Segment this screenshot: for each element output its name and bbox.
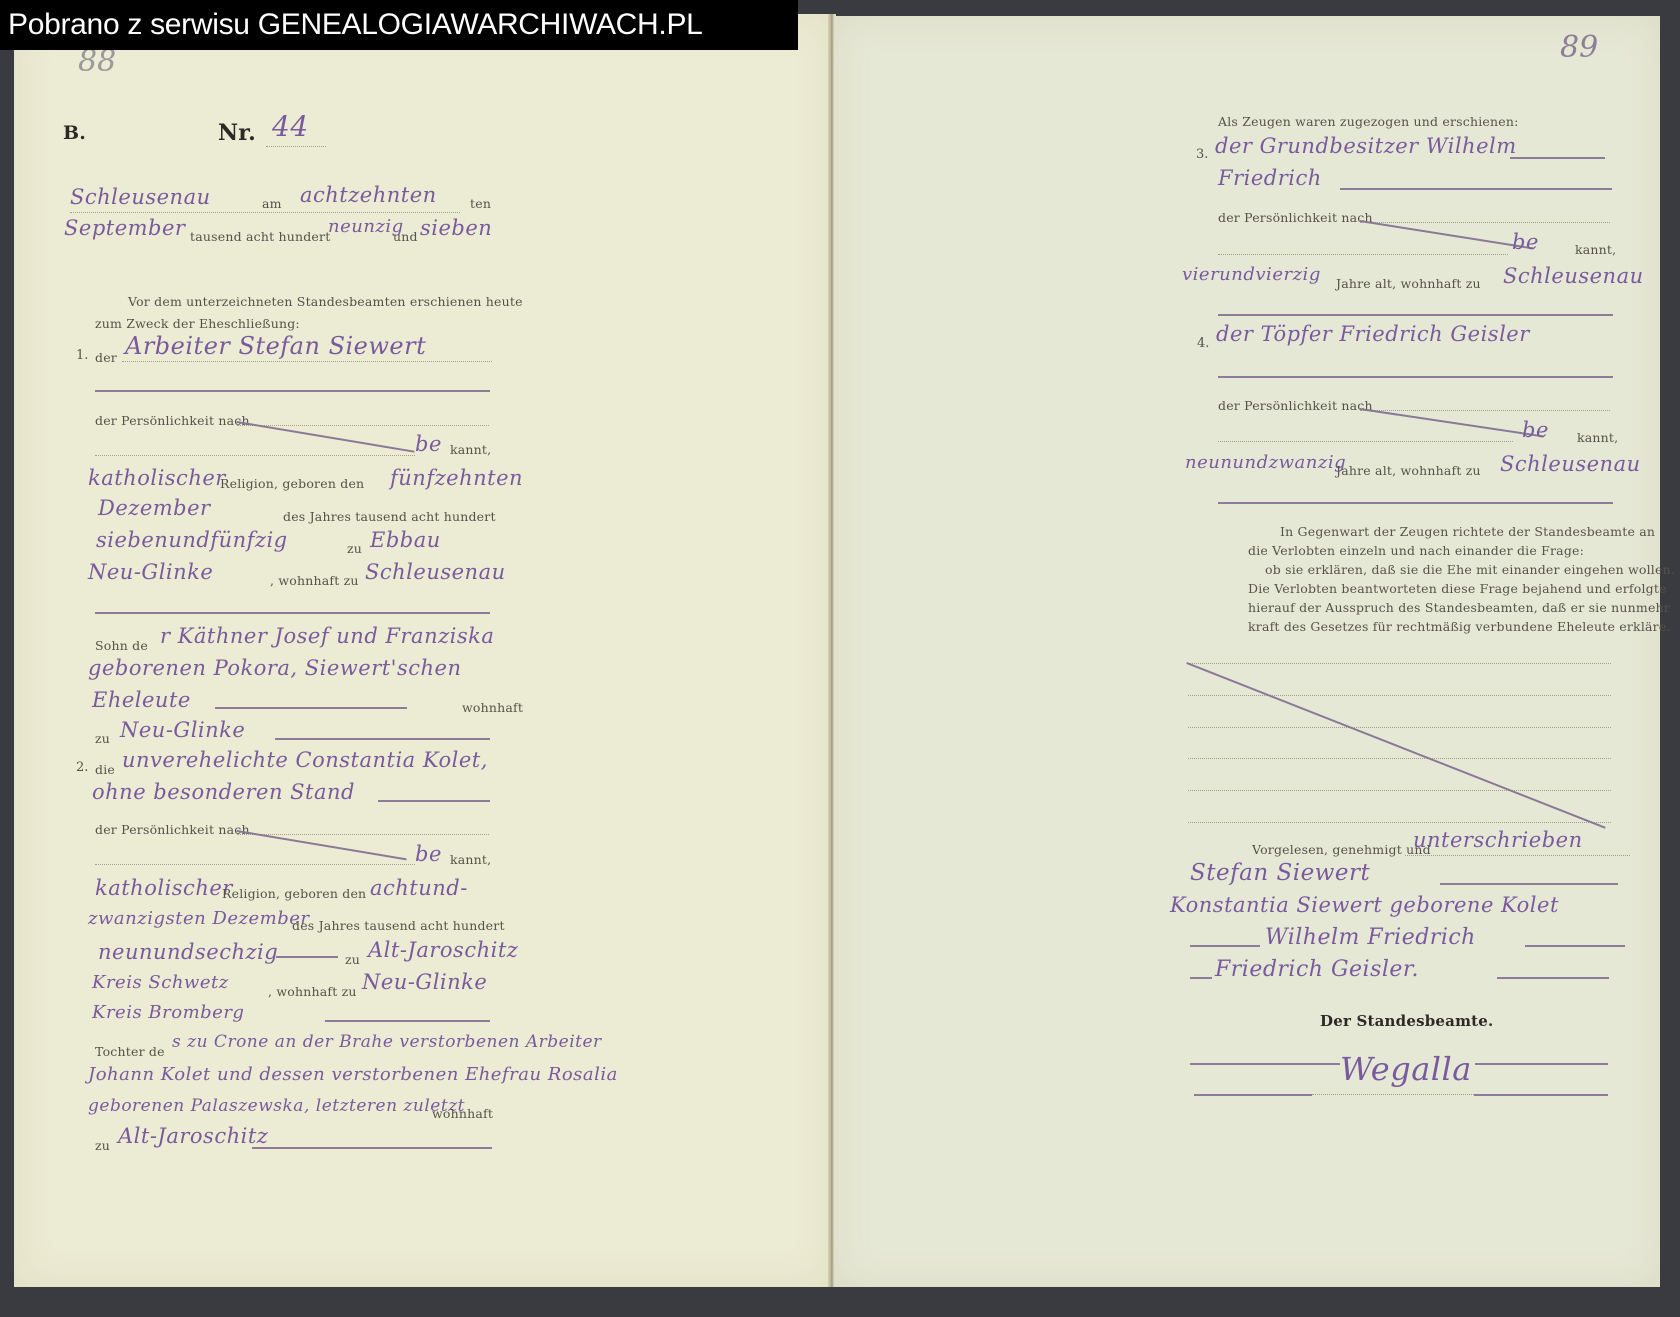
witness4-personality-label: der Persönlichkeit nach [1218,398,1373,413]
witness3-age-label: Jahre alt, wohnhaft zu [1336,276,1481,291]
intro-text: Vor dem unterzeichneten Standesbeamten e… [128,294,523,309]
bride-residence-label: , wohnhaft zu [268,984,357,999]
bride-parents-1: s zu Crone an der Brahe verstorbenen Arb… [172,1032,602,1052]
groom-parents-wohnhaft-label: wohnhaft [462,700,523,715]
groom-religion-label: Religion, geboren den [220,476,364,491]
groom-residence: Schleusenau [365,560,506,584]
witness4-known-label: kannt, [1577,430,1618,445]
bride-index: 2. [76,760,88,775]
bride-birth-year: neunundsechzig [98,940,278,964]
groom-birth-place-2: Neu-Glinke [88,560,213,584]
year-units: sieben [420,216,492,240]
witness3-residence: Schleusenau [1503,264,1644,288]
right-page [834,16,1660,1287]
ceremony-line-5: hierauf der Ausspruch des Standesbeamten… [1248,600,1670,615]
witness3-age: vierundvierzig [1182,264,1321,285]
witness3-known-value: be [1512,230,1539,254]
registrar-signature: Wegalla [1340,1050,1472,1088]
groom-parents-3: Eheleute [92,688,191,712]
witness3-name-2: Friedrich [1218,166,1322,190]
groom-birth-place: Ebbau [370,528,441,552]
nr-label: Nr. [218,120,256,146]
am-label: am [262,196,282,211]
ten-label: ten [470,196,491,211]
signature-groom: Stefan Siewert [1190,860,1370,886]
groom-personality-label: der Persönlichkeit nach [95,413,250,428]
groom-year-label: des Jahres tausend acht hundert [283,509,496,524]
ceremony-line-6: kraft des Gesetzes für rechtmäßig verbun… [1248,619,1671,634]
witness3-known-label: kannt, [1575,242,1616,257]
ceremony-line-3: ob sie erklären, daß sie die Ehe mit ein… [1265,562,1675,577]
bride-birth-place-2: Kreis Schwetz [92,972,229,993]
die-label: die [95,762,115,777]
witness3-index: 3. [1196,147,1208,162]
bride-religion-label: Religion, geboren den [222,886,366,901]
groom-name: Arbeiter Stefan Siewert [125,332,426,360]
sohn-label: Sohn de [95,638,148,653]
bride-known-label: kannt, [450,852,491,867]
year-prefix: tausend acht hundert [190,229,330,244]
groom-birth-day: fünfzehnten [390,466,523,490]
witness4-known-value: be [1522,418,1549,442]
bride-parents-3: geborenen Palaszewska, letzteren zuletzt [88,1096,465,1116]
intro-text-2: zum Zweck der Eheschließung: [95,316,300,331]
witness-intro: Als Zeugen waren zugezogen und erschiene… [1218,114,1519,129]
bride-residence: Neu-Glinke [362,970,487,994]
bride-year-label: des Jahres tausend acht hundert [292,918,505,933]
registrar-label: Der Standesbeamte. [1320,1012,1493,1030]
signature-witness3: Wilhelm Friedrich [1265,925,1476,950]
groom-parents-residence: Neu-Glinke [120,718,245,742]
read-approved-value: unterschrieben [1413,828,1583,852]
und-label: und [393,229,418,244]
bride-personality-label: der Persönlichkeit nach [95,822,250,837]
tochter-label: Tochter de [95,1044,165,1059]
page-number-right: 89 [1560,30,1598,65]
bride-occupation: ohne besonderen Stand [92,780,355,804]
marriage-month: September [64,216,185,240]
signature-bride: Konstantia Siewert geborene Kolet [1170,893,1559,917]
witness4-residence: Schleusenau [1500,452,1641,476]
bride-known-value: be [415,842,442,866]
witness4-name: der Töpfer Friedrich Geisler [1216,322,1530,346]
groom-index: 1. [76,348,88,363]
groom-known-label: kannt, [450,442,491,457]
groom-residence-label: , wohnhaft zu [270,573,359,588]
witness4-age: neunundzwanzig [1185,452,1346,473]
groom-known-value: be [415,432,442,456]
watermark-banner: Pobrano z serwisu GENEALOGIAWARCHIWACH.P… [0,0,798,50]
witness4-age-label: Jahre alt, wohnhaft zu [1336,463,1481,478]
groom-religion: katholischer [88,466,226,490]
bride-residence-2: Kreis Bromberg [92,1002,244,1023]
record-number: 44 [272,110,309,143]
witness3-personality-label: der Persönlichkeit nach [1218,210,1373,225]
marriage-place: Schleusenau [70,185,211,209]
bride-parents-wohnhaft-label: wohnhaft [432,1106,493,1121]
marriage-day: achtzehnten [300,183,437,207]
bride-parents-zu-label: zu [95,1138,110,1153]
bride-birth-day: achtund- [370,876,468,900]
bride-parents-2: Johann Kolet und dessen verstorbenen Ehe… [88,1064,618,1085]
groom-zu-label: zu [347,541,362,556]
bride-name: unverehelichte Constantia Kolet, [122,748,488,772]
bride-religion: katholischer [95,876,233,900]
bride-birth-place: Alt-Jaroschitz [368,938,518,962]
groom-parents-1: r Käthner Josef und Franziska [160,624,494,648]
groom-parents-zu-label: zu [95,731,110,746]
bride-zu-label: zu [345,952,360,967]
groom-birth-year: siebenundfünfzig [96,528,288,552]
witness4-index: 4. [1197,336,1209,351]
signature-witness4: Friedrich Geisler. [1215,957,1419,982]
ceremony-line-1: In Gegenwart der Zeugen richtete der Sta… [1280,524,1655,539]
witness3-name: der Grundbesitzer Wilhelm [1215,134,1517,158]
ceremony-line-4: Die Verlobten beantworteten diese Frage … [1248,581,1667,596]
groom-birth-month: Dezember [98,496,211,520]
groom-parents-2: geborenen Pokora, Siewert'schen [88,656,461,680]
register-letter: B. [63,122,86,144]
bride-birth-day-2: zwanzigsten Dezember [88,908,309,929]
ceremony-line-2: die Verlobten einzeln und nach einander … [1248,543,1584,558]
bride-parents-residence: Alt-Jaroschitz [118,1124,268,1148]
der-label: der [95,350,117,365]
